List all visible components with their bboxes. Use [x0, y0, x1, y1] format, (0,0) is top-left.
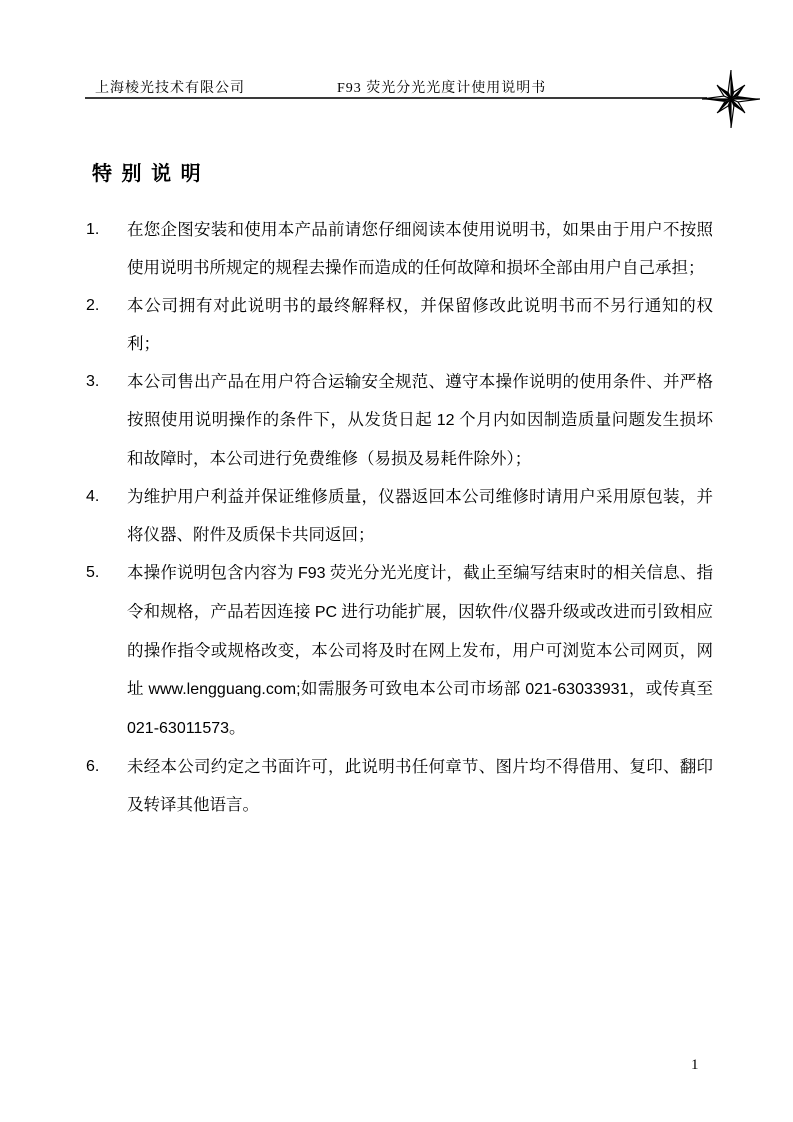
item-number: 6.	[86, 748, 127, 786]
item-text: 本操作说明包含内容为 F93 荧光分光光度计，截止至编写结束时的相关信息、指令和…	[127, 554, 713, 748]
item-number: 4.	[86, 478, 127, 516]
manual-page: 上海棱光技术有限公司 F93 荧光分光光度计使用说明书 特 别 说 明 1	[0, 0, 793, 1122]
item-text: 未经本公司约定之书面许可，此说明书任何章节、图片均不得借用、复印、翻印及转译其他…	[127, 748, 713, 824]
list-item: 1.在您企图安装和使用本产品前请您仔细阅读本使用说明书，如果由于用户不按照使用说…	[86, 211, 713, 287]
item-text: 本公司拥有对此说明书的最终解释权，并保留修改此说明书而不另行通知的权利；	[127, 287, 713, 363]
item-text: 为维护用户利益并保证维修质量，仪器返回本公司维修时请用户采用原包装，并将仪器、附…	[127, 478, 713, 554]
compass-rose-icon	[702, 70, 760, 128]
item-number: 5.	[86, 554, 127, 592]
list-item: 4.为维护用户利益并保证维修质量，仪器返回本公司维修时请用户采用原包装，并将仪器…	[86, 478, 713, 554]
header-rule	[85, 97, 707, 99]
item-number: 3.	[86, 363, 127, 401]
item-number: 1.	[86, 211, 127, 249]
list-item: 5.本操作说明包含内容为 F93 荧光分光光度计，截止至编写结束时的相关信息、指…	[86, 554, 713, 748]
item-text: 本公司售出产品在用户符合运输安全规范、遵守本操作说明的使用条件、并严格按照使用说…	[127, 363, 713, 478]
list-item: 2.本公司拥有对此说明书的最终解释权，并保留修改此说明书而不另行通知的权利；	[86, 287, 713, 363]
header-document-title: F93 荧光分光光度计使用说明书	[337, 77, 546, 97]
header-company-name: 上海棱光技术有限公司	[95, 77, 245, 97]
special-notes-list: 1.在您企图安装和使用本产品前请您仔细阅读本使用说明书，如果由于用户不按照使用说…	[86, 211, 713, 824]
item-text: 在您企图安装和使用本产品前请您仔细阅读本使用说明书，如果由于用户不按照使用说明书…	[127, 211, 713, 287]
page-number: 1	[691, 1057, 699, 1074]
section-title: 特 别 说 明	[92, 157, 203, 186]
list-item: 6.未经本公司约定之书面许可，此说明书任何章节、图片均不得借用、复印、翻印及转译…	[86, 748, 713, 824]
item-number: 2.	[86, 287, 127, 325]
list-item: 3.本公司售出产品在用户符合运输安全规范、遵守本操作说明的使用条件、并严格按照使…	[86, 363, 713, 478]
